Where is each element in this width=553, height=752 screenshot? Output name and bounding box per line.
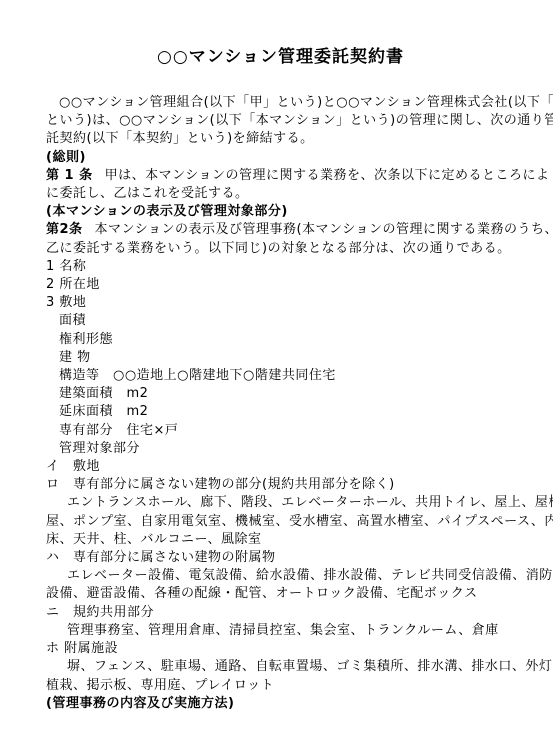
document-line: 構造等 ○○造地上○階建地下○階建共同住宅 [46, 367, 515, 385]
line-text: 屋、ポンプ室、自家用電気室、機械室、受水槽室、高置水槽室、パイプスペース、内外壁… [46, 514, 553, 529]
line-text: という)は、○○マンション(以下「本マンション」という)の管理に関し、次の通り管… [46, 113, 553, 128]
line-text: (総則) [46, 150, 86, 165]
document-line: 管理対象部分 [46, 440, 515, 458]
line-text: 3 敷地 [46, 295, 86, 310]
document-line: 権利形態 [46, 331, 515, 349]
document-line: 植栽、掲示板、専用庭、プレイロット [46, 677, 515, 695]
document-line: 床、天井、柱、バルコニー、風除室 [46, 531, 515, 549]
line-text: ロ 専有部分に属さない建物の部分(規約共用部分を除く) [46, 477, 395, 492]
document-line: ホ 附属施設 [46, 640, 515, 658]
line-text: 1 名称 [46, 259, 86, 274]
line-text: (本マンションの表示及び管理対象部分) [46, 204, 288, 219]
document-line: エントランスホール、廊下、階段、エレベーターホール、共用トイレ、屋上、屋根、塔 [46, 494, 515, 512]
line-text: ホ 附属施設 [46, 641, 118, 656]
document-line: 建 物 [46, 349, 515, 367]
line-text: ハ 専有部分に属さない建物の附属物 [46, 550, 276, 565]
line-text: イ 敷地 [46, 459, 100, 474]
document-line: イ 敷地 [46, 458, 515, 476]
document-line: 管理事務室、管理用倉庫、清掃員控室、集会室、トランクルーム、倉庫 [46, 622, 515, 640]
line-text: 塀、フェンス、駐車場、通路、自転車置場、ゴミ集積所、排水溝、排水口、外灯設備、 [67, 659, 553, 674]
line-text: 管理事務室、管理用倉庫、清掃員控室、集会室、トランクルーム、倉庫 [67, 623, 499, 638]
line-text: 建築面積 m2 [59, 386, 148, 401]
line-text: 乙に委託する業務をいう。以下同じ)の対象となる部分は、次の通りである。 [46, 241, 511, 256]
line-text: 設備、避雷設備、各種の配線・配管、オートロック設備、宅配ボックス [46, 586, 478, 601]
line-text: 2 所在地 [46, 277, 100, 292]
line-text: 植栽、掲示板、専用庭、プレイロット [46, 678, 274, 693]
article-number: 第2条 [46, 222, 83, 237]
line-text: 管理対象部分 [59, 441, 140, 456]
line-text: 本マンションの表示及び管理事務(本マンションの管理に関する業務のうち、甲が [95, 222, 553, 237]
document-line: 3 敷地 [46, 294, 515, 312]
document-line: という)は、○○マンション(以下「本マンション」という)の管理に関し、次の通り管… [46, 112, 515, 130]
document-line: 託契約(以下「本契約」という)を締結する。 [46, 130, 515, 148]
line-text: 甲は、本マンションの管理に関する業務を、次条以下に定めるところにより、乙 [105, 168, 553, 183]
line-text: ニ 規約共用部分 [46, 605, 154, 620]
document-line: 屋、ポンプ室、自家用電気室、機械室、受水槽室、高置水槽室、パイプスペース、内外壁… [46, 513, 515, 531]
document-line: 1 名称 [46, 258, 515, 276]
document-line: ニ 規約共用部分 [46, 604, 515, 622]
line-text: 構造等 ○○造地上○階建地下○階建共同住宅 [59, 368, 336, 383]
document-line: 第 1 条甲は、本マンションの管理に関する業務を、次条以下に定めるところにより、… [46, 167, 515, 185]
document-title: ○○マンション管理委託契約書 [46, 42, 515, 67]
document-line: 2 所在地 [46, 276, 515, 294]
document-line: 延床面積 m2 [46, 403, 515, 421]
section-heading: (本マンションの表示及び管理対象部分) [46, 203, 515, 221]
line-text: (管理事務の内容及び実施方法) [46, 696, 234, 711]
line-text: 建 物 [59, 350, 91, 365]
document-line: ロ 専有部分に属さない建物の部分(規約共用部分を除く) [46, 476, 515, 494]
document-line: 面積 [46, 312, 515, 330]
contract-document-page: ○○マンション管理委託契約書 ○○マンション管理組合(以下「甲」という)と○○マ… [0, 0, 553, 752]
document-line: ○○マンション管理組合(以下「甲」という)と○○マンション管理株式会社(以下「乙… [46, 94, 515, 112]
document-line: 塀、フェンス、駐車場、通路、自転車置場、ゴミ集積所、排水溝、排水口、外灯設備、 [46, 658, 515, 676]
document-line: エレベーター設備、電気設備、給水設備、排水設備、テレビ共同受信設備、消防・防災 [46, 567, 515, 585]
document-body: ○○マンション管理組合(以下「甲」という)と○○マンション管理株式会社(以下「乙… [46, 94, 515, 713]
document-line: 建築面積 m2 [46, 385, 515, 403]
document-line: ハ 専有部分に属さない建物の附属物 [46, 549, 515, 567]
section-heading: (総則) [46, 149, 515, 167]
line-text: ○○マンション管理組合(以下「甲」という)と○○マンション管理株式会社(以下「乙… [59, 95, 553, 110]
document-line: 設備、避雷設備、各種の配線・配管、オートロック設備、宅配ボックス [46, 585, 515, 603]
document-line: 専有部分 住宅×戸 [46, 422, 515, 440]
line-text: 床、天井、柱、バルコニー、風除室 [46, 532, 261, 547]
document-line: 第2条本マンションの表示及び管理事務(本マンションの管理に関する業務のうち、甲が [46, 221, 515, 239]
section-heading: (管理事務の内容及び実施方法) [46, 695, 515, 713]
line-text: に委託し、乙はこれを受託する。 [46, 186, 249, 201]
line-text: 専有部分 住宅×戸 [59, 423, 178, 438]
line-text: 延床面積 m2 [59, 404, 148, 419]
line-text: 権利形態 [59, 332, 113, 347]
article-number: 第 1 条 [46, 168, 93, 183]
line-text: 面積 [59, 313, 86, 328]
line-text: エントランスホール、廊下、階段、エレベーターホール、共用トイレ、屋上、屋根、塔 [67, 495, 553, 510]
line-text: エレベーター設備、電気設備、給水設備、排水設備、テレビ共同受信設備、消防・防災 [67, 568, 553, 583]
line-text: 託契約(以下「本契約」という)を締結する。 [46, 131, 314, 146]
document-line: 乙に委託する業務をいう。以下同じ)の対象となる部分は、次の通りである。 [46, 240, 515, 258]
document-line: に委託し、乙はこれを受託する。 [46, 185, 515, 203]
